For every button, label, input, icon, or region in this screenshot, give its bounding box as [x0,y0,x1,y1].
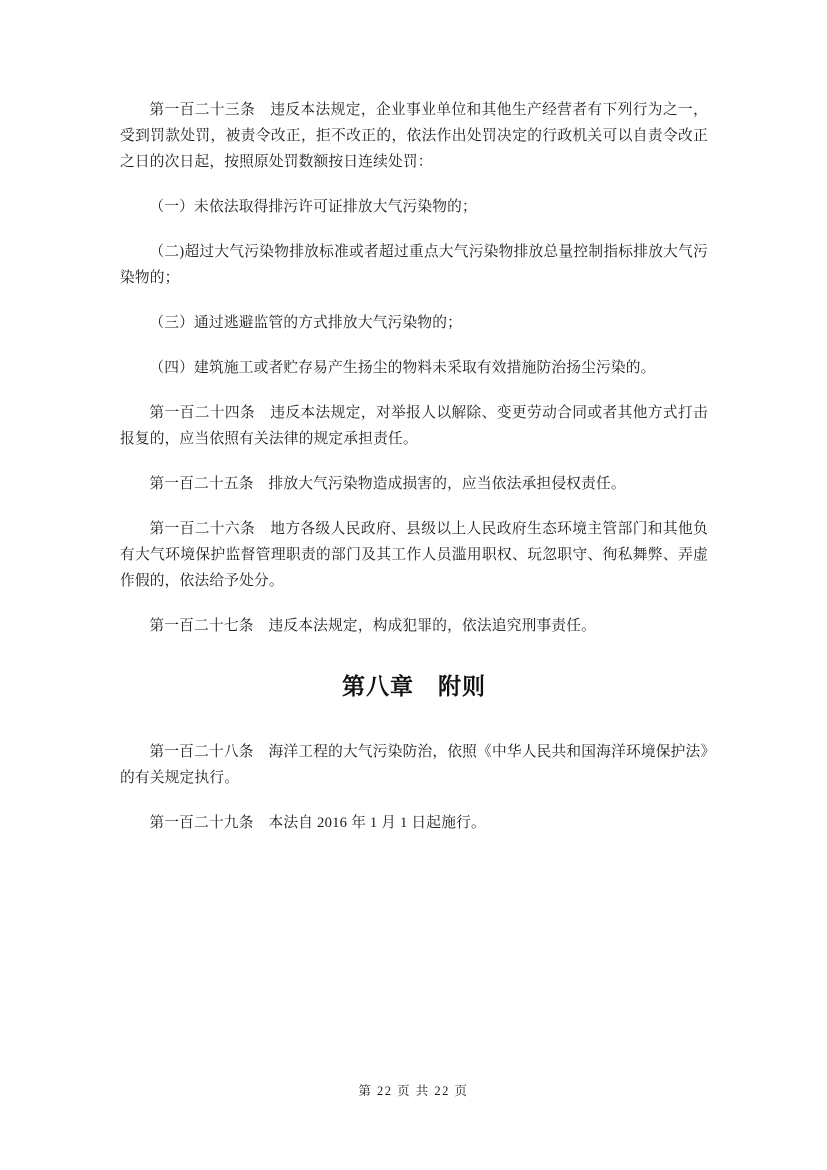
list-item-1: （一）未依法取得排污许可证排放大气污染物的； [120,194,708,220]
list-item-4: （四）建筑施工或者贮存易产生扬尘的物料未采取有效措施防治扬尘污染的。 [120,355,708,381]
page-number-footer: 第 22 页 共 22 页 [0,1082,827,1100]
article-124-paragraph: 第一百二十四条 违反本法规定，对举报人以解除、变更劳动合同或者其他方式打击报复的… [120,400,708,452]
list-item-2: （二)超过大气污染物排放标准或者超过重点大气污染物排放总量控制指标排放大气污染物… [120,239,708,291]
article-126-paragraph: 第一百二十六条 地方各级人民政府、县级以上人民政府生态环境主管部门和其他负有大气… [120,516,708,594]
article-127-paragraph: 第一百二十七条 违反本法规定，构成犯罪的，依法追究刑事责任。 [120,613,708,639]
document-body: 第一百二十三条 违反本法规定，企业事业单位和其他生产经营者有下列行为之一，受到罚… [120,97,708,855]
article-128-paragraph: 第一百二十八条 海洋工程的大气污染防治，依照《中华人民共和国海洋环境保护法》的有… [120,739,708,791]
document-page: 第一百二十三条 违反本法规定，企业事业单位和其他生产经营者有下列行为之一，受到罚… [0,0,827,1170]
list-item-3: （三）通过逃避监管的方式排放大气污染物的； [120,310,708,336]
article-123-paragraph: 第一百二十三条 违反本法规定，企业事业单位和其他生产经营者有下列行为之一，受到罚… [120,97,708,175]
chapter-8-heading: 第八章 附则 [120,669,708,703]
article-125-paragraph: 第一百二十五条 排放大气污染物造成损害的，应当依法承担侵权责任。 [120,471,708,497]
article-129-paragraph: 第一百二十九条 本法自 2016 年 1 月 1 日起施行。 [120,810,708,836]
